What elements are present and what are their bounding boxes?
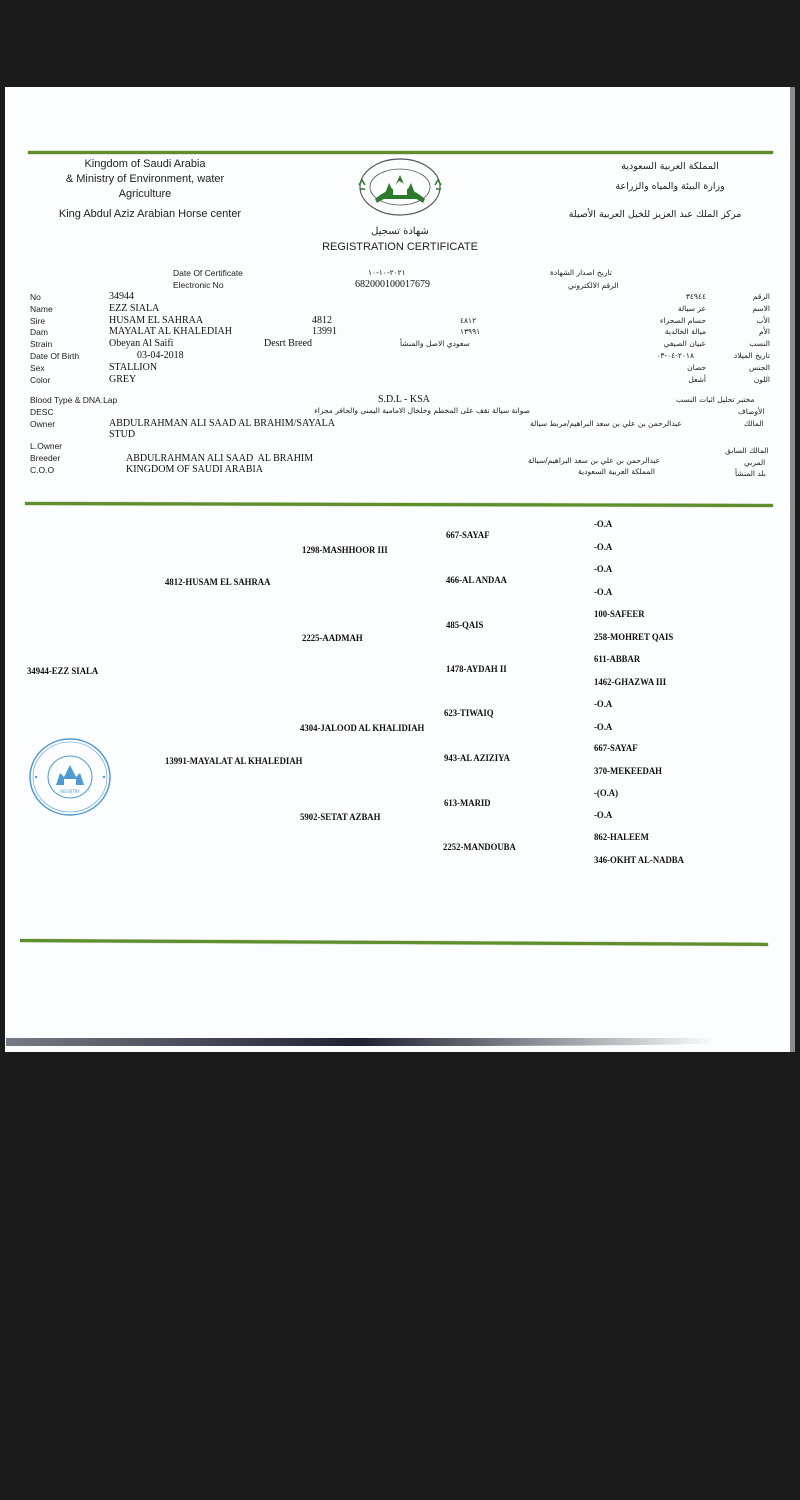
pedigree-gg-grandparent: -O.A xyxy=(594,811,612,821)
field-label-ar: الجنس xyxy=(715,363,770,372)
pedigree-gg-grandparent: 370-MEKEEDAH xyxy=(594,767,662,777)
field-label: Sire xyxy=(30,316,45,326)
field-label-ar: الأب xyxy=(715,316,770,325)
pedigree-gg-grandparent: 258-MOHRET QAIS xyxy=(594,633,673,643)
field-value: Obeyan Al Saifi xyxy=(109,338,173,349)
desc-label: DESC xyxy=(30,407,54,417)
breeder-value: ABDULRAHMAN ALI SAAD AL BRAHIM xyxy=(126,453,313,464)
pedigree-gg-grandparent: 611-ABBAR xyxy=(594,655,640,665)
header-left-line-2: & Ministry of Environment, water xyxy=(40,172,250,187)
owner-value-line-1: ABDULRAHMAN ALI SAAD AL BRAHIM/SAYALA xyxy=(109,418,335,429)
top-divider xyxy=(28,151,773,154)
pedigree-gg-grandparent: -O.A xyxy=(594,543,612,553)
field-label-ar: اللون xyxy=(715,375,770,384)
owner-label-ar: المالك xyxy=(744,419,764,428)
field-number: 13991 xyxy=(312,326,337,337)
field-label: Date Of Birth xyxy=(30,351,79,361)
breeder-label-ar: المربي xyxy=(744,458,765,467)
field-value: GREY xyxy=(109,374,136,385)
pedigree-great-grandparent: 623-TIWAIQ xyxy=(444,709,494,719)
coo-value: KINGDOM OF SAUDI ARABIA xyxy=(126,464,263,475)
lowner-label-ar: المالك السابق xyxy=(725,446,769,455)
field-label: Sex xyxy=(30,363,45,373)
header-right-line-1: المملكة العربية السعودية xyxy=(570,157,770,177)
blood-value: S.D.L - KSA xyxy=(378,394,430,405)
coo-label: C.O.O xyxy=(30,465,54,475)
header-right: المملكة العربية السعودية وزارة البيئة وا… xyxy=(570,157,770,197)
field-value: STALLION xyxy=(109,362,157,373)
lowner-label: L.Owner xyxy=(30,441,62,451)
field-value-ar: ٣٤٩٤٤ xyxy=(636,292,706,301)
field-label: No xyxy=(30,292,41,302)
field-extra-ar: ١٣٩٩١ xyxy=(460,327,480,336)
owner-label: Owner xyxy=(30,419,55,429)
pedigree-great-grandparent: 667-SAYAF xyxy=(446,531,490,541)
field-value: EZZ SIALA xyxy=(109,303,159,314)
field-extra: Desrt Breed xyxy=(264,338,312,349)
owner-value-ar: عبدالرحمن بن علي بن سعد البراهيم/مربط سي… xyxy=(530,419,682,428)
date-label: Date Of Certificate xyxy=(173,268,243,278)
field-label: Dam xyxy=(30,327,48,337)
field-value: 34944 xyxy=(109,291,134,302)
field-value-ar: حصان xyxy=(636,363,706,372)
pedigree-gg-grandparent: -O.A xyxy=(594,723,612,733)
title-ar: شهادة تسجيل xyxy=(350,226,450,237)
pedigree-parent: 13991-MAYALAT AL KHALEDIAH xyxy=(165,757,302,767)
pedigree-grandparent: 4304-JALOOD AL KHALIDIAH xyxy=(300,724,424,734)
pedigree-grandparent: 1298-MASHHOOR III xyxy=(302,546,388,556)
field-label: Strain xyxy=(30,339,52,349)
header-left-line-1: Kingdom of Saudi Arabia xyxy=(40,157,250,172)
header-left: Kingdom of Saudi Arabia & Ministry of En… xyxy=(40,157,250,202)
desc-value-ar: صوانة سيالة تقف على المخطم وخلخال الامام… xyxy=(280,406,530,415)
date-value: ٢٠٢١-١٠-١٠ xyxy=(368,268,406,277)
field-label: Name xyxy=(30,304,53,314)
field-value-ar: عبيان الصيفي xyxy=(636,339,706,348)
field-value: 03-04-2018 xyxy=(137,350,184,361)
field-label-ar: الرقم xyxy=(715,292,770,301)
owner-value-line-2: STUD xyxy=(109,429,135,440)
ministry-emblem-icon xyxy=(349,157,451,221)
pedigree-gg-grandparent: 346-OKHT AL-NADBA xyxy=(594,856,684,866)
pedigree-gg-grandparent: -O.A xyxy=(594,588,612,598)
header-left-line-3: Agriculture xyxy=(40,187,250,202)
pedigree-gg-grandparent: 667-SAYAF xyxy=(594,744,638,754)
pedigree-gg-grandparent: 862-HALEEM xyxy=(594,833,649,843)
field-label-ar: النسب xyxy=(715,339,770,348)
coo-label-ar: بلد المنشأ xyxy=(735,469,766,478)
pedigree-grandparent: 2225-AADMAH xyxy=(302,634,363,644)
blood-label-ar: مختبر تحليل اثبات النسب xyxy=(676,395,755,404)
field-extra-ar: سعودي الاصل والمنشأ xyxy=(400,339,470,348)
field-label-ar: الاسم xyxy=(715,304,770,313)
pedigree-parent: 4812-HUSAM EL SAHRAA xyxy=(165,578,270,588)
pedigree-great-grandparent: 613-MARID xyxy=(444,799,491,809)
field-value-ar: أشعل xyxy=(636,375,706,384)
electronic-label: Electronic No xyxy=(173,280,224,290)
coo-value-ar: المملكة العربية السعودية xyxy=(578,467,655,476)
pedigree-gg-grandparent: -O.A xyxy=(594,700,612,710)
title-en: REGISTRATION CERTIFICATE xyxy=(300,241,500,253)
field-extra-ar: ٤٨١٢ xyxy=(460,316,476,325)
header-right-center: مركز الملك عبد العزيز للخيل العربية الأص… xyxy=(540,207,770,222)
pedigree-horse: 34944-EZZ SIALA xyxy=(27,667,98,677)
desc-label-ar: الأوصاف xyxy=(738,407,764,416)
pedigree-grandparent: 5902-SETAT AZBAH xyxy=(300,813,380,823)
breeder-value-ar: عبدالرحمن بن علي بن سعد البراهيم/سيالة xyxy=(528,456,660,465)
field-label-ar: تاريخ الميلاد xyxy=(715,351,770,360)
field-value-ar: حسام الصحراء xyxy=(636,316,706,325)
field-value-ar: ٢٠١٨-٠٤-٠٣ xyxy=(624,351,694,360)
pedigree-great-grandparent: 466-AL ANDAA xyxy=(446,576,507,586)
page-edge-shadow xyxy=(6,1038,716,1046)
pedigree-great-grandparent: 2252-MANDOUBA xyxy=(443,843,516,853)
registry-stamp-icon: REGISTRY xyxy=(28,735,112,819)
pedigree-great-grandparent: 485-QAIS xyxy=(446,621,483,631)
field-label-ar: الأم xyxy=(715,327,770,336)
header-left-center: King Abdul Aziz Arabian Horse center xyxy=(40,207,260,222)
breeder-label: Breeder xyxy=(30,453,60,463)
header-right-line-2: وزارة البيئة والمياه والزراعة xyxy=(570,177,770,197)
pedigree-gg-grandparent: -O.A xyxy=(594,520,612,530)
pedigree-gg-grandparent: 100-SAFEER xyxy=(594,610,645,620)
field-number: 4812 xyxy=(312,315,332,326)
pedigree-great-grandparent: 1478-AYDAH II xyxy=(446,665,507,675)
blood-label: Blood Type & DNA.Lap xyxy=(30,395,117,405)
field-value: HUSAM EL SAHRAA xyxy=(109,315,203,326)
electronic-value: 682000100017679 xyxy=(355,279,430,290)
field-label: Color xyxy=(30,375,50,385)
pedigree-gg-grandparent: -(O.A) xyxy=(594,789,618,799)
pedigree-great-grandparent: 943-AL AZIZIYA xyxy=(444,754,510,764)
electronic-label-ar: الرقم الالكتروني xyxy=(568,281,619,290)
field-value-ar: عز سيالة xyxy=(636,304,706,313)
pedigree-gg-grandparent: 1462-GHAZWA III xyxy=(594,678,666,688)
field-value-ar: ميالة الخالدية xyxy=(636,327,706,336)
date-label-ar: تاريخ اصدار الشهادة xyxy=(550,268,612,277)
pedigree-gg-grandparent: -O.A xyxy=(594,565,612,575)
field-value: MAYALAT AL KHALEDIAH xyxy=(109,326,232,337)
svg-text:REGISTRY: REGISTRY xyxy=(60,789,80,794)
